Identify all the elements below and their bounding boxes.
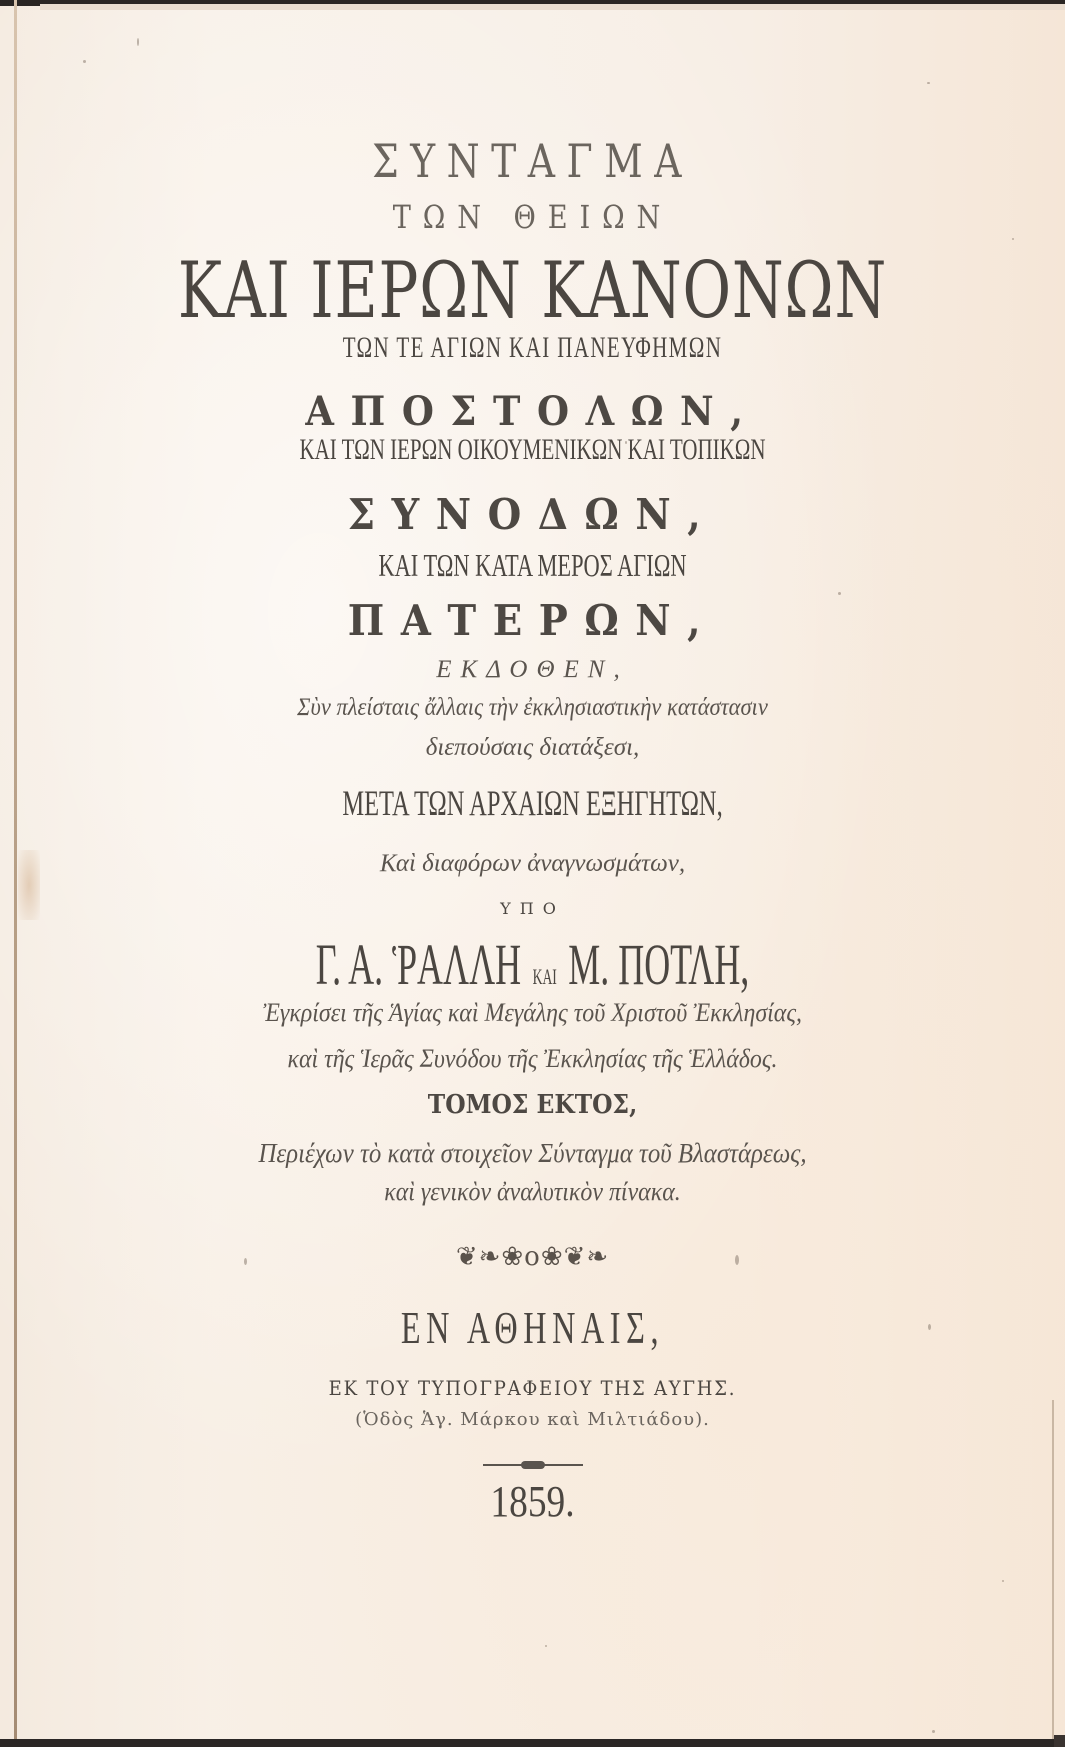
approval-line-2: καὶ τῆς Ἱερᾶς Συνόδου τῆς Ἐκκλησίας τῆς …	[43, 1044, 1023, 1074]
subtitle-line-3: ΚΑΙ ΤΩΝ ΙΕΡΩΝ ΟΙΚΟΥΜΕΝΙΚΩΝ ΚΑΙ ΤΟΠΙΚΩΝ	[160, 432, 906, 467]
contents-line-2: καὶ γενικὸν ἀναλυτικὸν πίνακα.	[43, 1177, 1023, 1207]
title-line-3: ΚΑΙ ΙΕΡΩΝ ΚΑΝΟΝΩΝ	[128, 246, 937, 336]
page-top-edge	[40, 4, 1065, 10]
contents-line-1: Περιέχων τὸ κατὰ στοιχεῖον Σύνταγμα τοῦ …	[43, 1138, 1023, 1169]
volume-line: ΤΟΜΟΣ ΕΚΤΟΣ,	[53, 1090, 1012, 1120]
description-text-2: διεπούσαις διατάξεσι,	[426, 734, 640, 762]
subtitle-line-2: ΑΠΟΣΤΟΛΩΝ,	[43, 388, 1023, 435]
title-syntagma: ΣΥΝΤΑΓΜΑ	[372, 134, 693, 188]
subtitle-agion-panefimon: ΤΩΝ ΤΕ ΑΓΙΩΝ ΚΑΙ ΠΑΝΕΥΦΗΜΩΝ	[343, 331, 723, 365]
subtitle-line-5: ΚΑΙ ΤΩΝ ΚΑΤΑ ΜΕΡΟΣ ΑΓΙΩΝ	[160, 546, 906, 584]
authors-line: Γ. Α. ῬΑΛΛΗ ΚΑΙ Μ. ΠΟΤΛΗ,	[202, 930, 862, 998]
subtitle-line-4: ΣΥΝΟΔΩΝ,	[43, 490, 1023, 539]
readings-line: Καὶ διαφόρων ἀναγνωσμάτων,	[0, 848, 1065, 878]
commentators-line: ΜΕΤΑ ΤΩΝ ΑΡΧΑΙΩΝ ΕΞΗΓΗΤΩΝ,	[170, 782, 894, 824]
edition-line: ΕΚΔΟΘΕΝ,	[0, 654, 1065, 684]
printer-text: ΕΚ ΤΟΥ ΤΥΠΟΓΡΑΦΕΙΟΥ ΤΗΣ ΑΥΓΗΣ.	[329, 1376, 737, 1400]
address-text: (Ὁδὸς Ἁγ. Μάρκου καὶ Μιλτιάδου).	[355, 1409, 710, 1430]
approval-text-1: Ἐγκρίσει τῆς Ἁγίας καὶ Μεγάλης τοῦ Χριστ…	[263, 998, 802, 1028]
place-text: ΕΝ ΑΘΗΝΑΙΣ,	[401, 1301, 664, 1354]
volume-text: ΤΟΜΟΣ ΕΚΤΟΣ,	[428, 1090, 637, 1120]
ornament-line: ❦❧❀o❀❦❧	[0, 1242, 1065, 1272]
subtitle-apostolon: ΑΠΟΣΤΟΛΩΝ,	[305, 388, 759, 435]
title-line-1: ΣΥΝΤΑΓΜΑ	[96, 134, 969, 188]
contents-text-2: καὶ γενικὸν ἀναλυτικὸν πίνακα.	[384, 1177, 681, 1207]
subtitle-synodon: ΣΥΝΟΔΩΝ,	[348, 490, 718, 539]
year-line: 1859.	[80, 1476, 985, 1527]
year-text: 1859.	[490, 1476, 574, 1527]
subtitle-line-1: ΤΩΝ ΤΕ ΑΓΙΩΝ ΚΑΙ ΠΑΝΕΥΦΗΜΩΝ	[160, 330, 906, 365]
subtitle-oikoumenikon-topikon: ΚΑΙ ΤΩΝ ΙΕΡΩΝ ΟΙΚΟΥΜΕΝΙΚΩΝ ΚΑΙ ΤΟΠΙΚΩΝ	[299, 433, 765, 467]
subtitle-line-6: ΠΑΤΕΡΩΝ,	[43, 596, 1023, 645]
scan-bottom-border	[0, 1739, 1065, 1747]
author-potli: Μ. ΠΟΤΛΗ,	[568, 931, 749, 998]
approval-line-1: Ἐγκρίσει τῆς Ἁγίας καὶ Μεγάλης τοῦ Χριστ…	[43, 998, 1023, 1028]
divider-rule-icon	[483, 1464, 583, 1466]
approval-text-2: καὶ τῆς Ἱερᾶς Συνόδου τῆς Ἐκκλησίας τῆς …	[287, 1044, 777, 1074]
place-line: ΕΝ ΑΘΗΝΑΙΣ,	[160, 1300, 906, 1354]
fleuron-ornament-icon: ❦❧❀o❀❦❧	[456, 1242, 609, 1272]
subtitle-pateron: ΠΑΤΕΡΩΝ,	[348, 596, 717, 645]
authors-and: ΚΑΙ	[533, 964, 557, 990]
divider-rule	[0, 1454, 1065, 1473]
title-ton-theion: ΤΩΝ ΘΕΙΩΝ	[393, 198, 672, 236]
commentators-text: ΜΕΤΑ ΤΩΝ ΑΡΧΑΙΩΝ ΕΞΗΓΗΤΩΝ,	[342, 782, 722, 824]
scan-corner	[1054, 1735, 1065, 1747]
page-right-edge	[1052, 1400, 1054, 1740]
description-line-1: Σὺν πλείσταις ἄλλαις τὴν ἐκκλησιαστικὴν …	[53, 692, 1012, 722]
edition-ekdothen: ΕΚΔΟΘΕΝ,	[436, 656, 628, 684]
readings-text: Καὶ διαφόρων ἀναγνωσμάτων,	[380, 850, 685, 878]
by-line: ΥΠΟ	[0, 899, 1065, 918]
address-line: (Ὁδὸς Ἁγ. Μάρκου καὶ Μιλτιάδου).	[0, 1409, 1065, 1430]
author-rhalli: Γ. Α. ῬΑΛΛΗ	[316, 931, 521, 998]
title-kai-ieron-kanonon: ΚΑΙ ΙΕΡΩΝ ΚΑΝΟΝΩΝ	[178, 246, 887, 336]
subtitle-kata-meros-agion: ΚΑΙ ΤΩΝ ΚΑΤΑ ΜΕΡΟΣ ΑΓΙΩΝ	[378, 547, 686, 584]
description-line-2: διεπούσαις διατάξεσι,	[0, 732, 1065, 762]
contents-text-1: Περιέχων τὸ κατὰ στοιχεῖον Σύνταγμα τοῦ …	[258, 1138, 806, 1169]
title-line-2: ΤΩΝ ΘΕΙΩΝ	[80, 198, 985, 236]
description-text-1: Σὺν πλείσταις ἄλλαις τὴν ἐκκλησιαστικὴν …	[297, 694, 768, 722]
by-text: ΥΠΟ	[500, 899, 565, 918]
printer-line: ΕΚ ΤΟΥ ΤΥΠΟΓΡΑΦΕΙΟΥ ΤΗΣ ΑΥΓΗΣ.	[53, 1376, 1012, 1400]
